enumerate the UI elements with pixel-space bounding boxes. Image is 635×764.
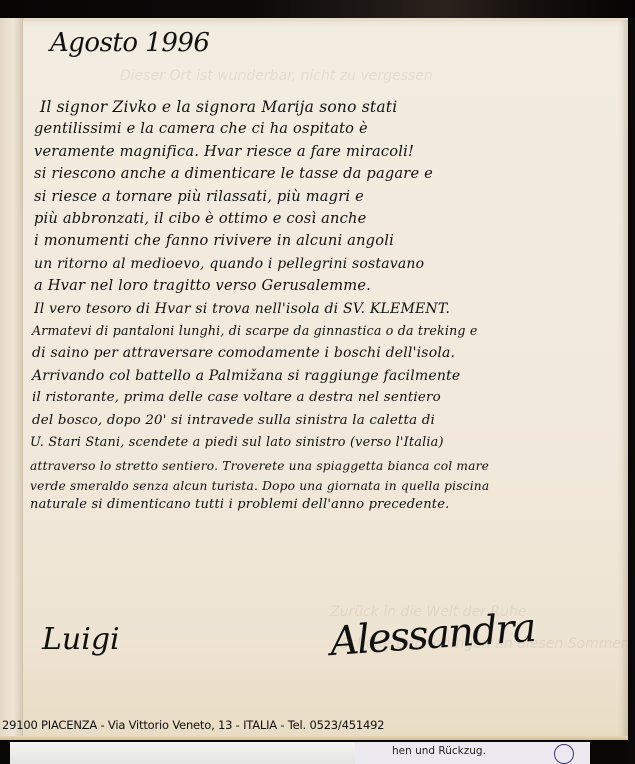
entry-line: attraverso lo stretto sentiero. Troveret… bbox=[30, 455, 620, 477]
entry-line: U. Stari Stani, scendete a piedi sul lat… bbox=[30, 432, 620, 454]
entry-line: gentilissimi e la camera che ci ha ospit… bbox=[34, 118, 620, 140]
page-gutter bbox=[0, 18, 23, 740]
entry-line: Arrivando col battello a Palmižana si ra… bbox=[32, 365, 620, 387]
entry-line: il ristorante, prima delle case voltare … bbox=[32, 387, 620, 409]
entry-line: a Hvar nel loro tragitto verso Gerusalem… bbox=[34, 275, 620, 297]
entry-body: Il signor Zivko e la signora Marija sono… bbox=[40, 96, 620, 515]
address-line: 29100 PIACENZA - Via Vittorio Veneto, 13… bbox=[2, 718, 384, 732]
entry-line: più abbronzati, il cibo è ottimo e così … bbox=[34, 208, 620, 230]
signature-luigi: Luigi bbox=[42, 622, 120, 657]
entry-line: un ritorno al medioevo, quando i pellegr… bbox=[34, 253, 620, 275]
underlying-white-paper bbox=[10, 742, 355, 764]
entry-line: del bosco, dopo 20' si intravede sulla s… bbox=[32, 410, 620, 432]
entry-line: si riescono anche a dimenticare le tasse… bbox=[34, 163, 620, 185]
circle-mark-icon bbox=[554, 744, 574, 764]
entry-line: Il vero tesoro di Hvar si trova nell'iso… bbox=[34, 298, 620, 320]
entry-line: Armatevi di pantaloni lunghi, di scarpe … bbox=[32, 320, 620, 342]
date-heading: Agosto 1996 bbox=[50, 28, 209, 58]
entry-line: i monumenti che fanno rivivere in alcuni… bbox=[34, 230, 620, 252]
entry-line: si riesce a tornare più rilassati, più m… bbox=[34, 186, 620, 208]
scan-right-edge bbox=[628, 18, 635, 764]
entry-line: verde smeraldo senza alcun turista. Dopo… bbox=[30, 477, 620, 495]
entry-line: Il signor Zivko e la signora Marija sono… bbox=[40, 96, 620, 118]
entry-line: veramente magnifica. Hvar riesce a fare … bbox=[34, 141, 620, 163]
underlying-printed-text: hen und Rückzug. bbox=[392, 745, 486, 757]
entry-line: naturale si dimenticano tutti i problemi… bbox=[30, 495, 620, 515]
entry-line: di saino per attraversare comodamente i … bbox=[32, 342, 620, 364]
